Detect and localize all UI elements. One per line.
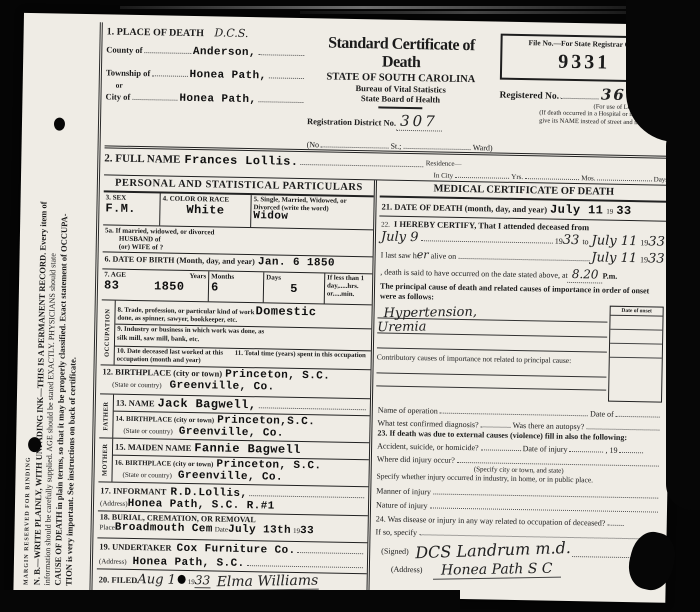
occupation-block: OCCUPATION 8. Trade, profession, or part… xyxy=(101,301,372,371)
full-name-line xyxy=(300,155,424,167)
mother-birthplace-label: 16. BIRTHPLACE (city or town) xyxy=(115,459,214,469)
operation-line xyxy=(440,404,588,417)
age-row: 7. AGE 83 Years 1850 Months 6 Days 5 xyxy=(102,270,373,306)
father-name-line xyxy=(258,398,366,410)
mother-birthplace-sub-value: Greenville, Co. xyxy=(178,470,283,484)
city-value: Honea Path, xyxy=(179,93,256,106)
ward-label: Ward) xyxy=(473,143,493,152)
full-name-value: Frances Lollis. xyxy=(184,153,298,169)
father-birthplace-sub-label: (State or country) xyxy=(123,427,173,436)
age-days-value: 5 xyxy=(266,282,322,297)
county-label: County of xyxy=(106,44,142,55)
mother-birthplace-field: 16. BIRTHPLACE (city or town) Princeton,… xyxy=(112,455,368,487)
no-line xyxy=(321,137,389,148)
age-months-value: 6 xyxy=(211,281,261,296)
dob-value: Jan. 6 1850 xyxy=(258,256,335,269)
burial-year-value: 33 xyxy=(300,525,314,537)
undertaker-line xyxy=(297,543,363,554)
trade-value: Domestic xyxy=(255,304,316,319)
scan-streak xyxy=(300,11,680,14)
where-label: Where did injury occur? xyxy=(377,455,455,465)
age-field: 7. AGE 83 xyxy=(102,270,153,301)
mother-block: MOTHER 15. MAIDEN NAME Fannie Bagwell 16… xyxy=(98,438,369,487)
mother-name-label: 15. MAIDEN NAME xyxy=(115,442,191,453)
saw-alive-pre: I last saw h xyxy=(381,250,417,261)
age-value: 83 xyxy=(104,279,150,294)
injury-year-line xyxy=(619,443,643,453)
filed-label: 20. FILED xyxy=(99,574,138,585)
residence-line xyxy=(525,169,579,180)
saw-date-handwriting: July 11 xyxy=(591,250,637,268)
principal-cause-label: The principal cause of death and related… xyxy=(378,282,666,307)
sex-field: 3. SEX F.M. xyxy=(103,192,161,225)
certificate-page: MARGIN RESERVED FOR BINDING N. B.—WRITE … xyxy=(13,13,675,603)
township-line-tail xyxy=(269,68,305,79)
operation-date-label: Date of xyxy=(590,410,614,419)
signed-field: (Signed) DCS Landrum m.d. xyxy=(373,537,661,564)
district-value-handwriting: 307 xyxy=(396,112,442,132)
test-label: What test confirmed diagnosis? xyxy=(377,419,478,430)
injury-date-label: Date of injury xyxy=(523,445,568,455)
mother-name-value: Fannie Bagwell xyxy=(194,441,301,457)
birthplace-label: 12. BIRTHPLACE (city or town) xyxy=(102,366,222,378)
age-months-field: Months 6 xyxy=(209,271,265,302)
operation-date-line xyxy=(616,407,660,418)
sex-race-marital-row: 3. SEX F.M. 4. COLOR OR RACE White 5. Si… xyxy=(103,192,374,230)
if-so-label: If so, specify xyxy=(375,528,417,538)
dod-year-value: 33 xyxy=(616,204,631,218)
age-days-field: Days 5 xyxy=(264,272,326,303)
form-header: 1. PLACE OF DEATH D.C.S. County of Ander… xyxy=(105,22,671,155)
no-label: (No xyxy=(307,140,320,149)
title-divider xyxy=(378,106,422,109)
registered-no-value: 36 xyxy=(601,85,626,103)
occupation-side-label-wrap: OCCUPATION xyxy=(101,301,116,365)
onset-line xyxy=(610,316,662,331)
certificate-form: 1. PLACE OF DEATH D.C.S. County of Ander… xyxy=(89,22,670,606)
from-year-pre: 19 xyxy=(555,237,563,248)
informant-address-value: Honea Path, S.C. R.#1 xyxy=(128,498,275,513)
filed-date-handwriting: Aug 1 xyxy=(137,572,176,588)
informant-line xyxy=(249,486,364,498)
scan-dark-edge-right xyxy=(666,120,700,510)
residence-line xyxy=(455,168,509,179)
attended-from-handwriting: July 9 xyxy=(381,230,419,248)
operation-label: Name of operation xyxy=(378,406,438,416)
city-line xyxy=(132,90,177,101)
trade-label: 8. Trade, profession, or particular kind… xyxy=(117,307,255,326)
undertaker-address-value: Honea Path, S.C. xyxy=(132,556,244,570)
autopsy-label: Was there an autopsy? xyxy=(513,421,585,431)
accident-label: Accident, suicide, or homicide? xyxy=(377,442,479,453)
mother-birthplace-sub-label: (State or country) xyxy=(122,471,172,480)
father-side-label-wrap: FATHER xyxy=(99,394,114,437)
filed-ink-blot xyxy=(178,575,186,584)
saw-alive-post: alive on xyxy=(431,251,457,262)
sex-value: F.M. xyxy=(105,201,157,216)
date-of-onset-box: Date of onset xyxy=(608,306,664,403)
certify-number: 22. xyxy=(381,220,390,229)
undertaker-address-label: (Address) xyxy=(99,557,127,566)
attended-from-line xyxy=(420,231,553,243)
undertaker-address-line xyxy=(247,556,364,568)
to-word: to xyxy=(582,237,588,248)
father-side-label: FATHER xyxy=(102,401,110,430)
test-line xyxy=(481,418,511,429)
injury-date-line xyxy=(569,442,603,453)
form-columns: PERSONAL AND STATISTICAL PARTICULARS 3. … xyxy=(96,175,668,606)
father-birthplace-sub-value: Greenville, Co. xyxy=(179,426,284,440)
residence-in-city-label: In City xyxy=(433,171,453,179)
occurred-text: , death is said to have occurred on the … xyxy=(380,267,568,281)
residence-mos-label: Mos. xyxy=(581,174,595,182)
personal-column: PERSONAL AND STATISTICAL PARTICULARS 3. … xyxy=(96,175,374,601)
undertaker-label: 19. UNDERTAKER xyxy=(99,541,171,552)
attended-to-handwriting: July 11 xyxy=(591,233,637,251)
saw-alive-line xyxy=(458,249,589,261)
from-year-handwriting: 33 xyxy=(563,233,580,250)
medical-column: MEDICAL CERTIFICATE OF DEATH 21. DATE OF… xyxy=(366,180,668,606)
township-label: Township of xyxy=(106,67,151,78)
birthplace-sub-label: (State or country) xyxy=(112,381,162,390)
father-name-value: Jack Bagwell, xyxy=(157,396,256,412)
time-of-death-handwriting: 8.20 xyxy=(568,267,603,284)
industry-label: 9. Industry or business in which work wa… xyxy=(117,326,267,345)
st-line xyxy=(403,139,471,150)
last-worked-label: 10. Date deceased last worked at this oc… xyxy=(117,347,235,365)
county-line xyxy=(144,43,191,54)
registrar-signature: Elma Williams xyxy=(216,573,318,592)
total-time-label: 11. Total time (years) spent in this occ… xyxy=(235,349,369,360)
signed-address-field: (Address) Honea Path S C xyxy=(373,559,661,585)
saw-year-pre: 19 xyxy=(640,255,648,266)
age-less-than-label: If less than 1 day,.....hrs. or.....min. xyxy=(327,275,370,300)
place-of-death-label: 1. PLACE OF DEATH xyxy=(107,26,204,39)
scan-dark-edge-bottom xyxy=(0,590,460,612)
city-label: City of xyxy=(105,91,130,101)
father-birthplace-label: 14. BIRTHPLACE (city or town) xyxy=(116,415,215,425)
physician-address-handwriting: Honea Path S C xyxy=(432,561,560,580)
dod-year-pre: 19 xyxy=(606,208,613,216)
nature-label: Nature of injury xyxy=(376,501,428,511)
injury-year-pre: , 19 xyxy=(605,446,617,455)
father-name-label: 13. NAME xyxy=(116,398,155,409)
filed-year-handwriting: 33 xyxy=(195,573,211,588)
township-value: Honea Path, xyxy=(189,69,266,82)
informant-label: 17. INFORMANT xyxy=(100,485,166,496)
undertaker-field: 19. UNDERTAKER Cox Furniture Co. (Addres… xyxy=(97,538,368,574)
informant-address-label: (Address) xyxy=(100,499,128,508)
dob-label: 6. DATE OF BIRTH (Month, day, and year) xyxy=(104,255,255,267)
onset-line xyxy=(610,344,662,359)
registered-no-line xyxy=(561,89,599,100)
registered-no-label: Registered No. xyxy=(499,91,559,102)
father-birthplace-field: 14. BIRTHPLACE (city or town) Princeton,… xyxy=(113,411,369,443)
district-label: Registration District No. xyxy=(307,116,396,128)
race-value: White xyxy=(162,203,248,219)
burial-date-label: Date xyxy=(215,525,228,533)
scan-streak xyxy=(120,6,660,9)
mother-side-label-wrap: MOTHER xyxy=(98,438,113,481)
age-years-field: Years 1850 xyxy=(152,270,210,301)
dod-label: 21. DATE OF DEATH (month, day, and year) xyxy=(381,201,547,214)
accident-line xyxy=(481,441,521,452)
father-block: FATHER 13. NAME Jack Bagwell, 14. BIRTHP… xyxy=(99,394,370,443)
age-years-value: 1850 xyxy=(154,280,206,295)
county-value: Anderson, xyxy=(193,46,256,59)
birthplace-sub-value: Greenville, Co. xyxy=(169,380,274,394)
residence-line xyxy=(598,170,652,181)
occupation-side-label: OCCUPATION xyxy=(104,308,112,357)
dod-value: July 11 xyxy=(550,203,603,218)
place-of-death-block: 1. PLACE OF DEATH D.C.S. County of Ander… xyxy=(105,22,309,149)
undertaker-value: Cox Furniture Co. xyxy=(176,543,295,557)
binding-margin-text: MARGIN RESERVED FOR BINDING N. B.—WRITE … xyxy=(24,29,84,586)
saw-year-handwriting: 33 xyxy=(648,251,665,268)
saw-her-handwriting: er xyxy=(417,248,429,263)
city-line-tail xyxy=(258,92,303,103)
field-24-line xyxy=(607,516,623,526)
burial-date-value: July 13th xyxy=(228,524,291,537)
certify-block: 22. I HEREBY CERTIFY, That I attended de… xyxy=(378,216,667,287)
race-field: 4. COLOR OR RACE White xyxy=(160,193,252,227)
onset-line xyxy=(610,330,662,345)
certificate-title: Standard Certificate of Death xyxy=(308,34,495,73)
st-label: St.; xyxy=(390,142,401,151)
autopsy-line xyxy=(586,420,660,431)
full-name-label: 2. FULL NAME xyxy=(104,152,180,165)
county-line-tail xyxy=(258,45,305,56)
burial-place-value: Broadmouth Cem xyxy=(115,522,213,536)
age-less-than-field: If less than 1 day,.....hrs. or.....min. xyxy=(325,274,373,305)
cause-of-death-area: Date of onset Hypertension, Uremia Contr… xyxy=(376,304,666,405)
time-suffix: P.m. xyxy=(602,271,617,282)
board-line: State Board of Health xyxy=(307,92,493,105)
burial-place-label: Place xyxy=(100,523,115,531)
marital-field: 5. Single, Married, Widowed, or Divorced… xyxy=(251,195,374,229)
signed-label: (Signed) xyxy=(381,547,409,557)
residence-yrs-label: Yrs. xyxy=(511,173,523,181)
place-annotation-handwriting: D.C.S. xyxy=(214,26,248,40)
residence-block: Residence— In City Yrs. Mos. Days xyxy=(425,157,668,183)
physician-signature: DCS Landrum m.d. xyxy=(415,538,571,562)
township-line xyxy=(152,66,188,77)
scanned-death-certificate: { "margin": { "binding": "MARGIN RESERVE… xyxy=(0,0,700,612)
signed-address-label: (Address) xyxy=(391,565,423,575)
mother-side-label: MOTHER xyxy=(102,444,110,477)
manner-label: Manner of injury xyxy=(376,487,431,497)
to-year-handwriting: 33 xyxy=(648,234,665,251)
to-year-pre: 19 xyxy=(640,238,648,249)
title-block: Standard Certificate of Death STATE OF S… xyxy=(307,26,495,152)
